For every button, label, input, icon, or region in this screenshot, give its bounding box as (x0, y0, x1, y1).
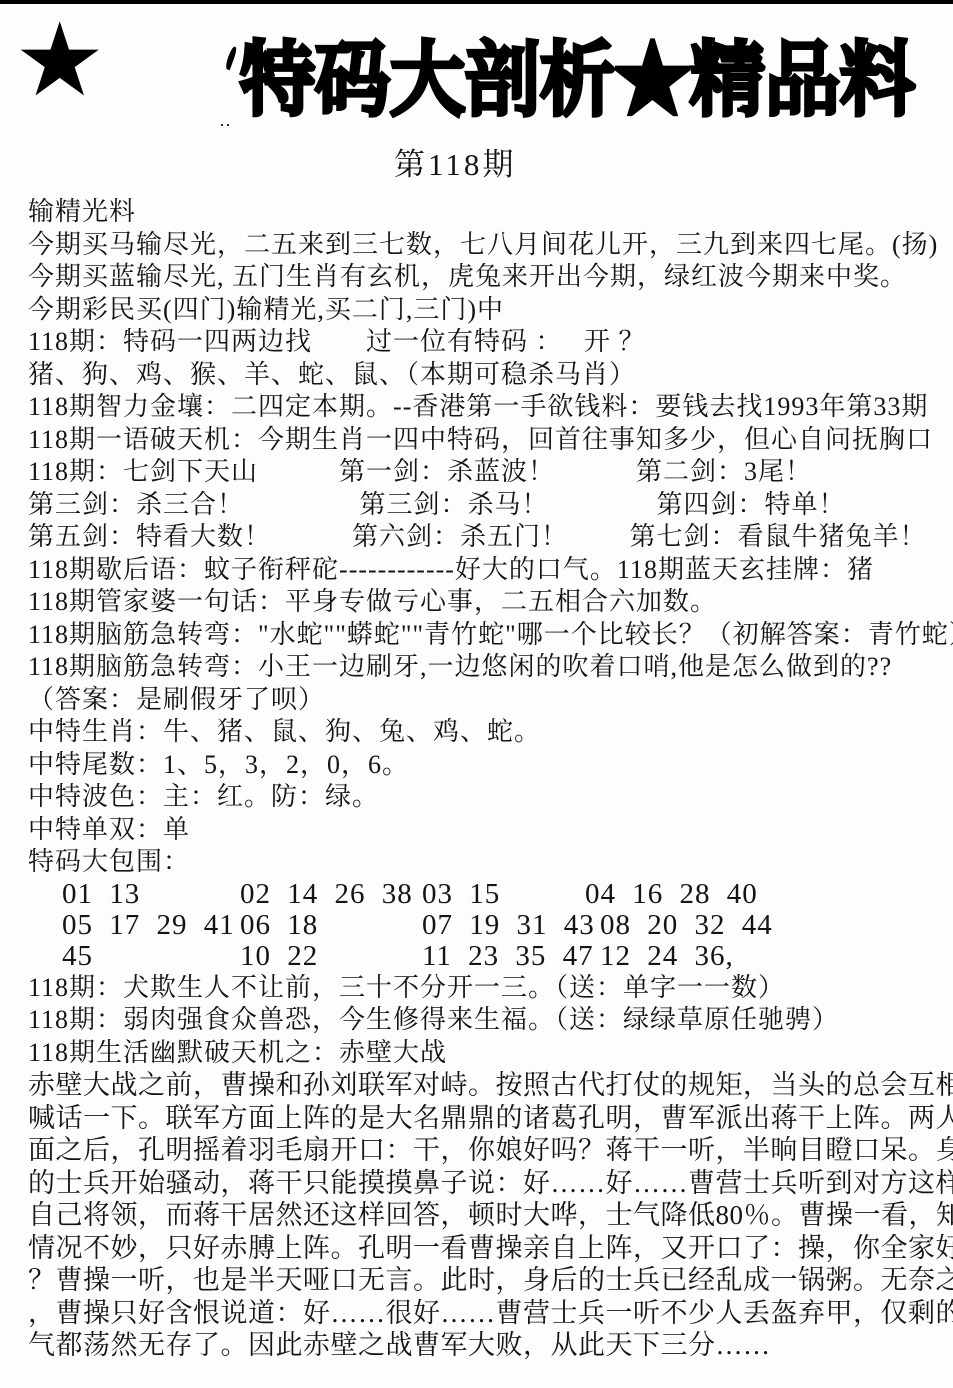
text-line: 今期彩民买(四门)输精光,买二门,三门)中 (28, 294, 948, 327)
text-line: 118期：弱肉强食众兽恐，今生修得来生福。（送：绿绿草原任驰骋） (28, 1004, 948, 1037)
story-line: 自己将领，而蒋干居然还这样回答，顿时大哗，士气降低80％。曹操一看，知道 (28, 1199, 948, 1232)
humor-story: 赤壁大战之前，曹操和孙刘联军对峙。按照古代打仗的规矩，当头的总会互相 喊话一下。… (28, 1069, 948, 1362)
story-line: 赤壁大战之前，曹操和孙刘联军对峙。按照古代打仗的规矩，当头的总会互相 (28, 1069, 948, 1102)
story-line: ？曹操一听，也是半天哑口无言。此时，身后的士兵已经乱成一锅粥。无奈之下 (28, 1264, 948, 1297)
text-line: 特码大包围： (28, 846, 948, 879)
text-line: 中特生肖：牛、猪、鼠、狗、兔、鸡、蛇。 (28, 716, 948, 749)
tips-block: 118期：犬欺生人不让前，三十不分开一三。（送：单字一一数） 118期：弱肉强食… (28, 972, 948, 1070)
scan-edge-bar (0, 0, 953, 4)
story-line: 面之后，孔明摇着羽毛扇开口：干，你娘好吗？蒋干一听，半晌目瞪口呆。身后 (28, 1134, 948, 1167)
number-group: 12 24 36, (600, 941, 734, 972)
story-line: ，曹操只好含恨说道：好……很好……曹营士兵一听不少人丢盔弃甲，仅剩的士 (28, 1297, 948, 1330)
text-line: 118期生活幽默破天机之：赤壁大战 (28, 1037, 948, 1070)
number-group: 10 22 (240, 941, 318, 972)
text-line: 今期买马输尽光，二五来到三七数，七八月间花儿开，三九到来四七尾。(扬) (28, 229, 948, 262)
text-line: 118期一语破天机：今期生肖一四中特码，回首往事知多少，但心自问抚胸口 (28, 424, 948, 457)
text-line: 118期脑筋急转弯：小王一边刷牙,一边悠闲的吹着口哨,他是怎么做到的?? (28, 651, 948, 684)
number-group: 08 20 32 44 (600, 910, 773, 941)
page-title: 特码大剖析★精品料 (240, 16, 915, 132)
text-line: 输精光料 (28, 196, 948, 229)
dots-artifact: ‥ (219, 110, 238, 131)
star-icon: ★ (14, 10, 105, 112)
number-table: 01 13 02 14 26 38 03 15 04 16 28 40 05 1… (28, 879, 948, 972)
number-group: 45 (62, 941, 93, 972)
story-line: 情况不妙，只好赤膊上阵。孔明一看曹操亲自上阵，又开口了：操，你全家好吗 (28, 1232, 948, 1265)
text-line: 118期：特码一四两边找 过一位有特码 ： 开 ？ (28, 326, 948, 359)
story-line: 的士兵开始骚动，蒋干只能摸摸鼻子说：好……好……曹营士兵听到对方这样骂 (28, 1167, 948, 1200)
number-group: 01 13 (62, 879, 140, 910)
issue-number: 第118期 (394, 139, 516, 184)
text-line: 中特波色：主：红。防：绿。 (28, 781, 948, 814)
story-line: 气都荡然无存了。因此赤壁之战曹军大败，从此天下三分…… (28, 1329, 948, 1362)
title-ink-artifact (224, 46, 238, 71)
text-line: 今期买蓝输尽光, 五门生肖有玄机，虎兔来开出今期，绿红波今期来中奖。 (28, 261, 948, 294)
text-line: 猪、狗、鸡、猴、羊、蛇、鼠、（本期可稳杀马肖） (28, 359, 948, 392)
number-row: 05 17 29 41 06 18 07 19 31 43 08 20 32 4… (28, 910, 948, 941)
text-line: （答案：是刷假牙了呗） (28, 684, 948, 717)
text-line: 118期智力金壤：二四定本期。--香港第一手欲钱料：要钱去找1993年第33期 (28, 391, 948, 424)
number-group: 07 19 31 43 (422, 910, 595, 941)
text-line: 118期管家婆一句话：平身专做亏心事，二五相合六加数。 (28, 586, 948, 619)
text-line: 第三剑：杀三合！ 第三剑：杀马！ 第四剑：特单！ (28, 489, 948, 522)
number-group: 02 14 26 38 (240, 879, 413, 910)
number-row: 45 10 22 11 23 35 47 12 24 36, (28, 941, 948, 972)
story-line: 喊话一下。联军方面上阵的是大名鼎鼎的诸葛孔明，曹军派出蒋干上阵。两人照 (28, 1102, 948, 1135)
number-group: 04 16 28 40 (585, 879, 758, 910)
text-line: 中特尾数：1、5，3，2，0，6。 (28, 749, 948, 782)
text-line: 118期：犬欺生人不让前，三十不分开一三。（送：单字一一数） (28, 972, 948, 1005)
document-body: 输精光料 今期买马输尽光，二五来到三七数，七八月间花儿开，三九到来四七尾。(扬)… (28, 196, 948, 1362)
text-line: 118期：七剑下天山 第一剑：杀蓝波！ 第二剑：3尾！ (28, 456, 948, 489)
number-group: 03 15 (422, 879, 500, 910)
number-row: 01 13 02 14 26 38 03 15 04 16 28 40 (28, 879, 948, 910)
text-line: 中特单双：单 (28, 814, 948, 847)
number-group: 11 23 35 47 (422, 941, 594, 972)
text-line: 118期脑筋急转弯："水蛇""蟒蛇""青竹蛇"哪一个比较长？（初解答案：青竹蛇） (28, 619, 948, 652)
number-group: 06 18 (240, 910, 318, 941)
text-line: 第五剑：特看大数！ 第六剑：杀五门！ 第七剑：看鼠牛猪兔羊！ (28, 521, 948, 554)
text-line: 118期歇后语：蚊子衔秤砣------------好大的口气。118期蓝天玄挂牌… (28, 554, 948, 587)
number-group: 05 17 29 41 (62, 910, 235, 941)
